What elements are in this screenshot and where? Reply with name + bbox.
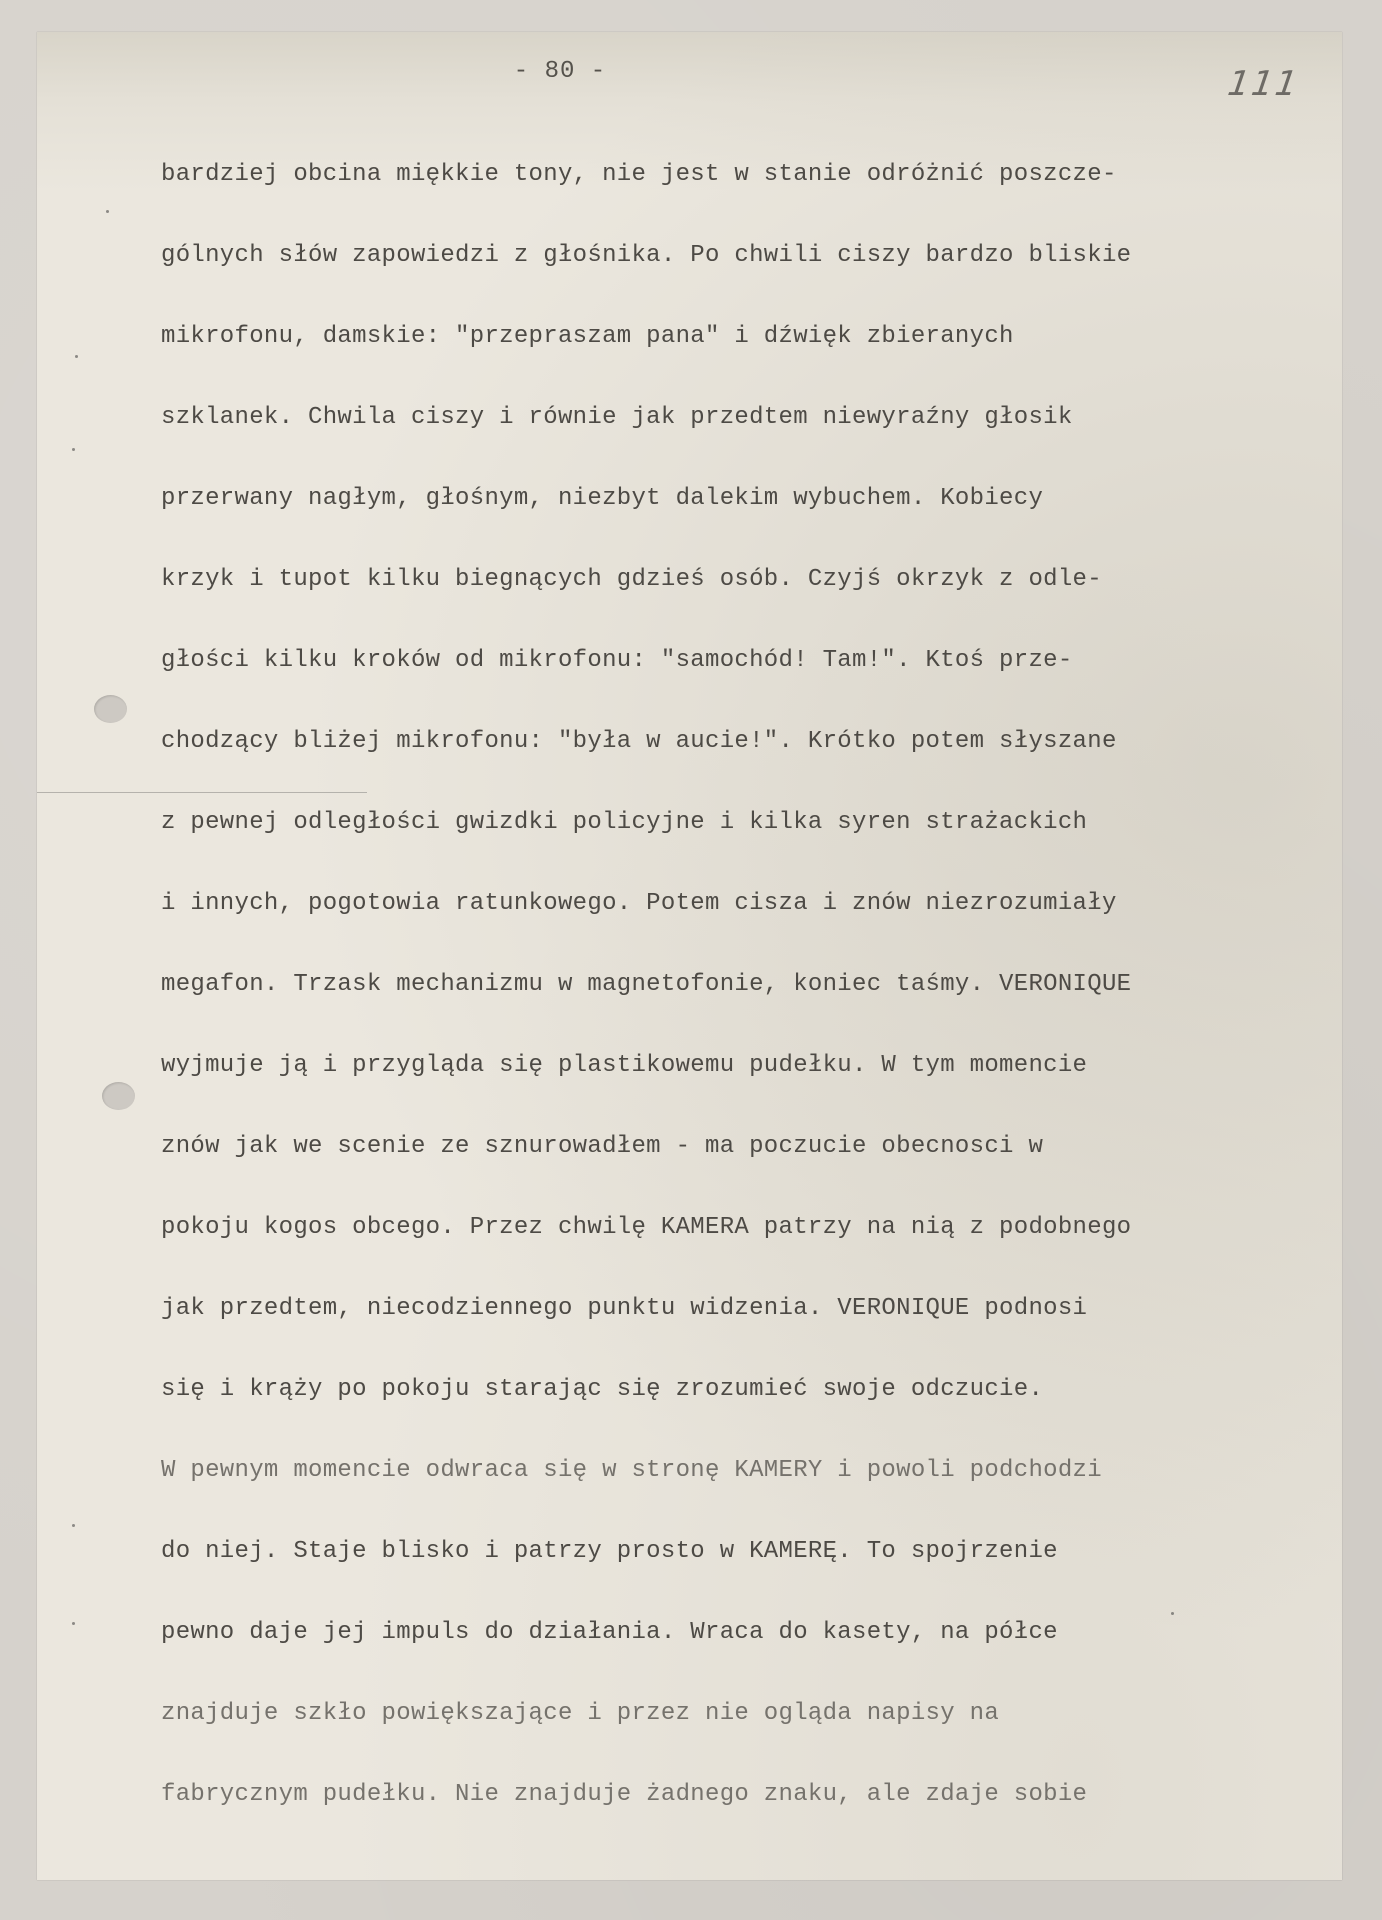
paper-speck	[72, 1524, 75, 1527]
paper-speck	[72, 1622, 75, 1625]
text-line: gólnych słów zapowiedzi z głośnika. Po c…	[161, 215, 1291, 296]
paper-speck	[75, 355, 78, 358]
text-line: się i krąży po pokoju starając się zrozu…	[161, 1349, 1291, 1430]
text-line: krzyk i tupot kilku biegnących gdzieś os…	[161, 539, 1291, 620]
paper-speck	[106, 210, 109, 213]
typewritten-body: bardziej obcina miękkie tony, nie jest w…	[161, 134, 1291, 1835]
text-line: znów jak we scenie ze sznurowadłem - ma …	[161, 1106, 1291, 1187]
text-line: wyjmuje ją i przygląda się plastikowemu …	[161, 1025, 1291, 1106]
text-line: chodzący bliżej mikrofonu: "była w aucie…	[161, 701, 1291, 782]
punch-hole-bottom	[102, 1082, 135, 1110]
text-line: szklanek. Chwila ciszy i równie jak prze…	[161, 377, 1291, 458]
text-line: fabrycznym pudełku. Nie znajduje żadnego…	[161, 1754, 1291, 1835]
text-line: przerwany nagłym, głośnym, niezbyt dalek…	[161, 458, 1291, 539]
text-line: mikrofonu, damskie: "przepraszam pana" i…	[161, 296, 1291, 377]
text-line: i innych, pogotowia ratunkowego. Potem c…	[161, 863, 1291, 944]
text-line: pewno daje jej impuls do działania. Wrac…	[161, 1592, 1291, 1673]
text-line: bardziej obcina miękkie tony, nie jest w…	[161, 134, 1291, 215]
text-line: megafon. Trzask mechanizmu w magnetofoni…	[161, 944, 1291, 1025]
text-line: znajduje szkło powiększające i przez nie…	[161, 1673, 1291, 1754]
punch-hole-top	[94, 695, 127, 723]
text-line: z pewnej odległości gwizdki policyjne i …	[161, 782, 1291, 863]
text-line: W pewnym momencie odwraca się w stronę K…	[161, 1430, 1291, 1511]
text-line: pokoju kogos obcego. Przez chwilę KAMERA…	[161, 1187, 1291, 1268]
page-number: - 80 -	[0, 58, 1120, 85]
paper-speck	[72, 448, 75, 451]
text-line: do niej. Staje blisko i patrzy prosto w …	[161, 1511, 1291, 1592]
paper-speck	[1171, 1612, 1174, 1615]
text-line: jak przedtem, niecodziennego punktu widz…	[161, 1268, 1291, 1349]
text-line: głości kilku kroków od mikrofonu: "samoc…	[161, 620, 1291, 701]
handwritten-archive-number: 111	[1225, 64, 1302, 104]
